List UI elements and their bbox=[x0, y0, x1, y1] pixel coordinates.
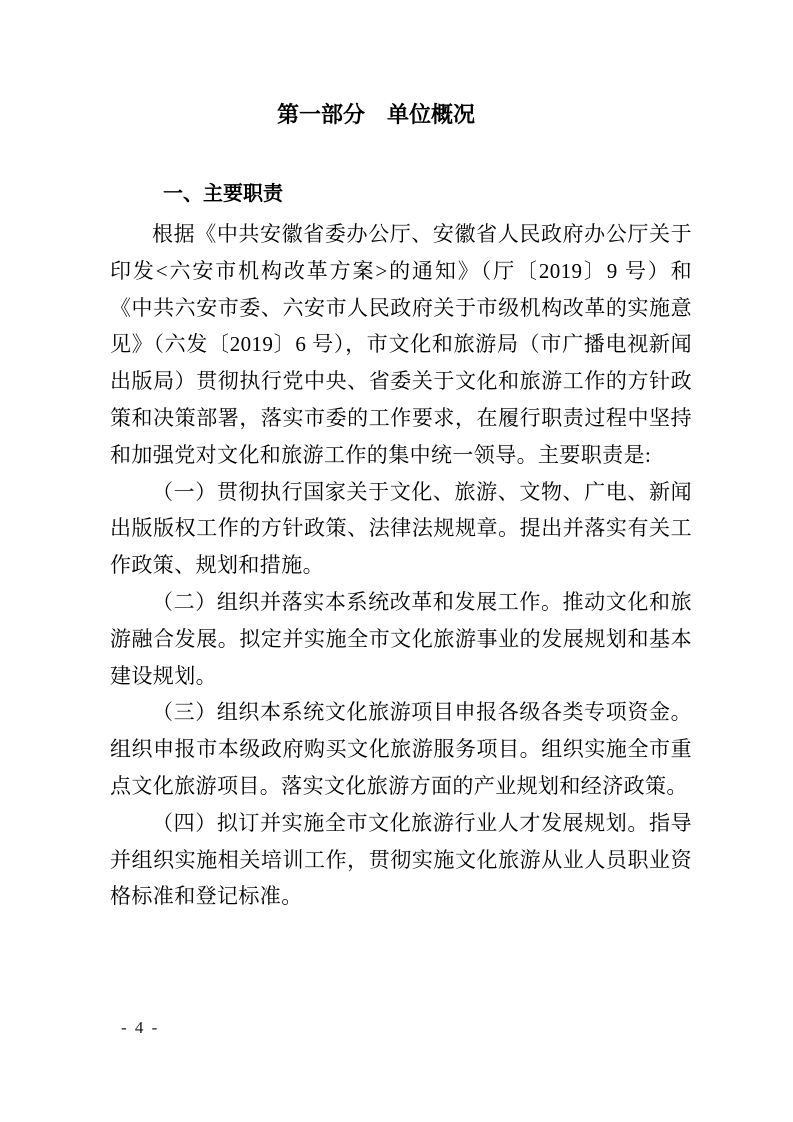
document-body: 根据《中共安徽省委办公厅、安徽省人民政府办公厅关于印发<六安市机构改革方案>的通… bbox=[110, 216, 692, 915]
paragraph-duty-3: （三）组织本系统文化旅游项目申报各级各类专项资金。组织申报市本级政府购买文化旅游… bbox=[110, 694, 692, 804]
document-page: 第一部分 单位概况 一、主要职责 根据《中共安徽省委办公厅、安徽省人民政府办公厅… bbox=[0, 0, 793, 1122]
document-title: 第一部分 单位概况 bbox=[110, 102, 692, 128]
section-heading-main-duties: 一、主要职责 bbox=[110, 182, 692, 206]
paragraph-duty-4: （四）拟订并实施全市文化旅游行业人才发展规划。指导并组织实施相关培训工作，贯彻实… bbox=[110, 805, 692, 915]
paragraph-duty-1: （一）贯彻执行国家关于文化、旅游、文物、广电、新闻出版版权工作的方针政策、法律法… bbox=[110, 474, 692, 584]
paragraph-intro: 根据《中共安徽省委办公厅、安徽省人民政府办公厅关于印发<六安市机构改革方案>的通… bbox=[110, 216, 692, 474]
paragraph-duty-2: （二）组织并落实本系统改革和发展工作。推动文化和旅游融合发展。拟定并实施全市文化… bbox=[110, 584, 692, 694]
page-number: - 4 - bbox=[121, 1018, 159, 1038]
